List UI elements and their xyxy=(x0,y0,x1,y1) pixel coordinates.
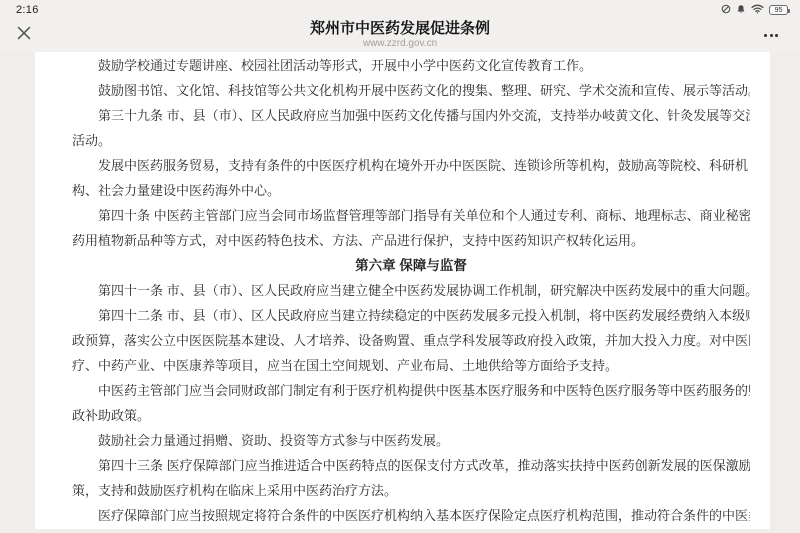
text-line: 第三十九条 市、县（市）、区人民政府应当加强中医药文化传播与国内外交流，支持举办… xyxy=(72,103,750,128)
close-icon xyxy=(16,25,32,46)
more-menu-icon xyxy=(764,34,767,37)
text-line: 活动。 xyxy=(72,128,750,153)
text-line: 疗、中药产业、中医康养等项目，应当在国土空间规划、产业布局、土地供给等方面给予支… xyxy=(72,353,750,378)
app-screen: 2:16 xyxy=(0,0,800,533)
top-chrome: 2:16 xyxy=(0,0,800,52)
text-line: 第四十条 中医药主管部门应当会同市场监督管理等部门指导有关单位和个人通过专利、商… xyxy=(72,203,750,228)
text-line: 政补助政策。 xyxy=(72,403,750,428)
text-line: 发展中医药服务贸易，支持有条件的中医医疗机构在境外开办中医医院、连锁诊所等机构，… xyxy=(72,153,750,178)
text-line: 政预算，落实公立中医医院基本建设、人才培养、设备购置、重点学科发展等政府投入政策… xyxy=(72,328,750,353)
text-line: 药用植物新品种等方式，对中医药特色技术、方法、产品进行保护，支持中医药知识产权转… xyxy=(72,228,750,253)
text-line: 鼓励图书馆、文化馆、科技馆等公共文化机构开展中医药文化的搜集、整理、研究、学术交… xyxy=(72,78,750,103)
text-line: 中医药主管部门应当会同财政部门制定有利于医疗机构提供中医基本医疗服务和中医特色医… xyxy=(72,378,750,403)
document-page[interactable]: 鼓励学校通过专题讲座、校园社团活动等形式，开展中小学中医药文化宣传教育工作。 鼓… xyxy=(35,52,770,529)
text-line: 鼓励学校通过专题讲座、校园社团活动等形式，开展中小学中医药文化宣传教育工作。 xyxy=(72,53,750,78)
status-icons: 95 xyxy=(721,1,788,19)
text-line: 第四十一条 市、县（市）、区人民政府应当建立健全中医药发展协调工作机制，研究解决… xyxy=(72,278,750,303)
vibrate-icon xyxy=(736,1,746,19)
mute-icon xyxy=(721,1,731,19)
text-line: 第四十三条 医疗保障部门应当推进适合中医药特点的医保支付方式改革，推动落实扶持中… xyxy=(72,453,750,478)
chapter-heading: 第六章 保障与监督 xyxy=(72,253,750,278)
battery-icon: 95 xyxy=(769,5,788,15)
text-line: 第四十二条 市、县（市）、区人民政府应当建立持续稳定的中医药发展多元投入机制，将… xyxy=(72,303,750,328)
text-line: 构、社会力量建设中医药海外中心。 xyxy=(72,178,750,203)
text-line: 策，支持和鼓励医疗机构在临床上采用中医药治疗方法。 xyxy=(72,478,750,503)
page-title: 郑州市中医药发展促进条例 xyxy=(150,19,650,38)
close-button[interactable] xyxy=(13,24,35,46)
text-line: 医疗保障部门应当按照规定将符合条件的中医医疗机构纳入基本医疗保险定点医疗机构范围… xyxy=(72,503,750,528)
text-line: 鼓励社会力量通过捐赠、资助、投资等方式参与中医药发展。 xyxy=(72,428,750,453)
clock-time: 2:16 xyxy=(16,4,39,16)
wifi-icon xyxy=(751,1,764,19)
more-menu-button[interactable] xyxy=(758,26,784,44)
page-title-block: 郑州市中医药发展促进条例 www.zzrd.gov.cn xyxy=(150,19,650,50)
page-source-url: www.zzrd.gov.cn xyxy=(150,38,650,50)
status-bar: 2:16 xyxy=(0,0,800,18)
header-bar: 郑州市中医药发展促进条例 www.zzrd.gov.cn xyxy=(0,18,800,52)
battery-percent: 95 xyxy=(775,7,783,14)
